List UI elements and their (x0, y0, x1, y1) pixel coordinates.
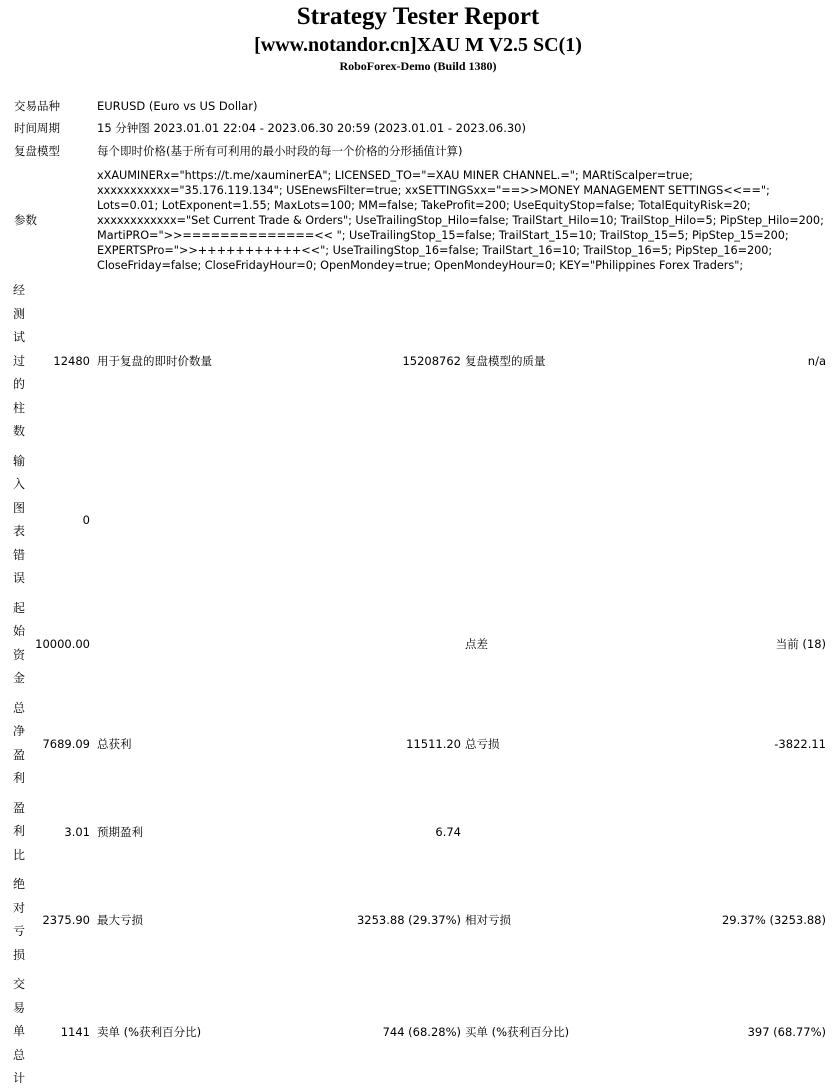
net-profit-label: 总净盈利 (0, 697, 28, 791)
spread-value: 当前 (18) (695, 597, 836, 691)
spread-label: 点差 (465, 597, 695, 691)
model-value: 每个即时价格(基于所有可利用的最小时段的每一个价格的分形插值计算) (97, 140, 836, 163)
bars-value: 12480 (28, 279, 97, 444)
bars-label: 经测试过的柱数 (0, 279, 28, 444)
stats-table: 经测试过的柱数 12480 用于复盘的即时价数量 15208762 复盘模型的质… (0, 279, 836, 868)
gross-profit-label: 总获利 (97, 697, 327, 791)
info-table: 交易品种 EURUSD (Euro vs US Dollar) 时间周期 15 … (0, 95, 836, 277)
server-build: RoboForex-Demo (Build 1380) (0, 58, 836, 74)
period-row: 时间周期 15 分钟图 2023.01.01 22:04 - 2023.06.3… (0, 117, 836, 140)
ticks-value: 15208762 (327, 279, 465, 444)
period-label: 时间周期 (0, 117, 97, 140)
errors-value: 0 (28, 450, 97, 591)
gross-profit-value: 11511.20 (327, 697, 465, 791)
expert-name: [www.notandor.cn]XAU M V2.5 SC(1) (0, 32, 836, 58)
gross-loss-value: -3822.11 (695, 697, 836, 791)
ticks-label: 用于复盘的即时价数量 (97, 279, 327, 444)
net-profit-value: 7689.09 (28, 697, 97, 791)
profit-factor-row: 盈利比 3.01 预期盈利 6.74 (0, 797, 836, 868)
errors-row: 输入图表错误 0 (0, 450, 836, 591)
symbol-label: 交易品种 (0, 95, 97, 117)
params-row: 参数 xXAUMINERx="https://t.me/xauminerEA";… (0, 163, 836, 277)
quality-label: 复盘模型的质量 (465, 279, 695, 444)
symbol-value: EURUSD (Euro vs US Dollar) (97, 95, 836, 117)
deposit-value: 10000.00 (28, 597, 97, 691)
model-label: 复盘模型 (0, 140, 97, 163)
params-label: 参数 (0, 163, 97, 277)
net-profit-row: 总净盈利 7689.09 总获利 11511.20 总亏损 -3822.11 (0, 697, 836, 791)
model-row: 复盘模型 每个即时价格(基于所有可利用的最小时段的每一个价格的分形插值计算) (0, 140, 836, 163)
profit-factor-label: 盈利比 (0, 797, 28, 868)
expected-payoff-label: 预期盈利 (97, 797, 327, 868)
report-header: Strategy Tester Report [www.notandor.cn]… (0, 0, 836, 74)
bars-row: 经测试过的柱数 12480 用于复盘的即时价数量 15208762 复盘模型的质… (0, 279, 836, 444)
deposit-row: 起始资金 10000.00 点差 当前 (18) (0, 597, 836, 691)
quality-value: n/a (695, 279, 836, 444)
deposit-label: 起始资金 (0, 597, 28, 691)
errors-label: 输入图表错误 (0, 450, 28, 591)
profit-factor-value: 3.01 (28, 797, 97, 868)
expected-payoff-value: 6.74 (327, 797, 465, 868)
period-value: 15 分钟图 2023.01.01 22:04 - 2023.06.30 20:… (97, 117, 836, 140)
params-value: xXAUMINERx="https://t.me/xauminerEA"; LI… (97, 163, 836, 277)
report-title: Strategy Tester Report (0, 0, 836, 32)
gross-loss-label: 总亏损 (465, 697, 695, 791)
symbol-row: 交易品种 EURUSD (Euro vs US Dollar) (0, 95, 836, 117)
